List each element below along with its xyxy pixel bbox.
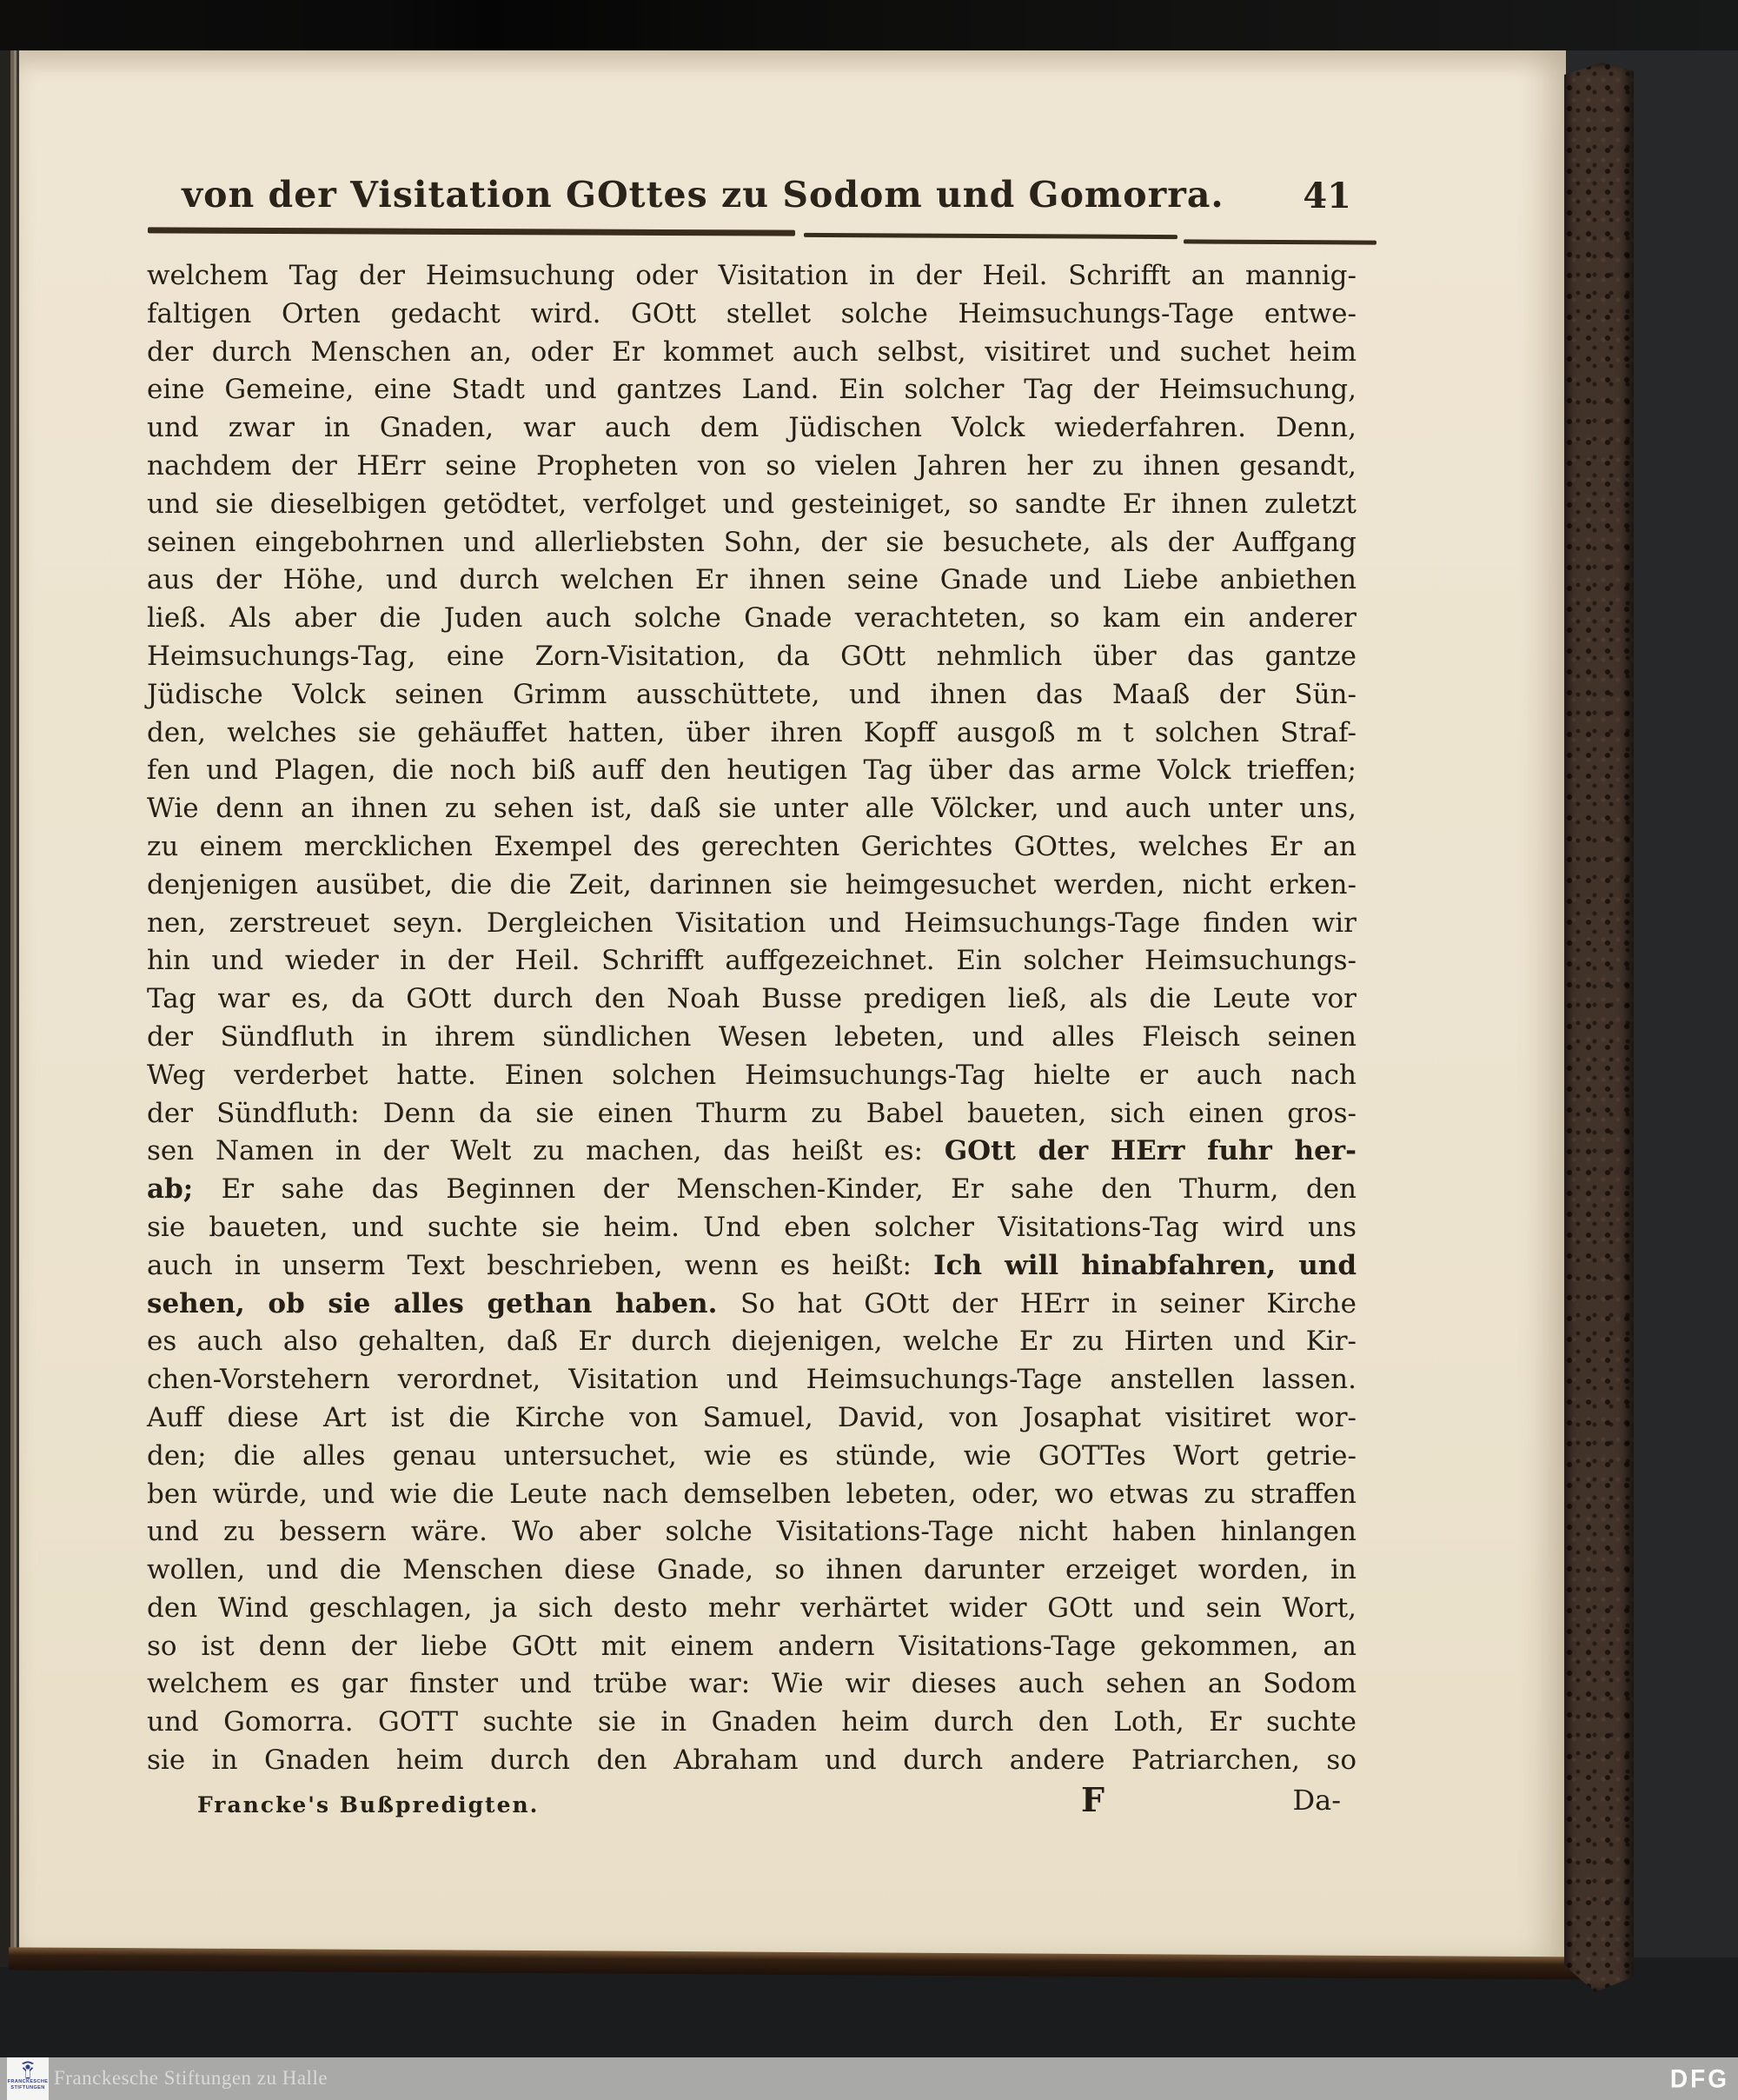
book-cover-leather-edge [1564, 63, 1634, 1992]
header-rule-left [148, 227, 795, 236]
running-title: von der Visitation GOttes zu Sodom und G… [147, 174, 1259, 216]
text-line: ben würde, und wie die Leute nach demsel… [147, 1476, 1357, 1514]
text-line: nen, zerstreuet seyn. Dergleichen Visita… [147, 905, 1357, 943]
header-rule-middle [804, 233, 1177, 239]
page-number: 41 [1303, 176, 1351, 216]
text-line: auch in unserm Text beschrieben, wenn es… [147, 1247, 1357, 1286]
body-text: welchem Tag der Heimsuchung oder Visitat… [147, 257, 1357, 1780]
text-line: und zwar in Gnaden, war auch dem Jüdisch… [147, 409, 1357, 448]
text-line: und Gomorra. GOTT suchte sie in Gnaden h… [147, 1704, 1357, 1742]
gathering-mark: F [1081, 1780, 1104, 1819]
header-rule-right [1184, 239, 1376, 244]
text-line: es auch also gehalten, daß Er durch diej… [147, 1323, 1357, 1361]
text-line: ab; Er sahe das Beginnen der Menschen-Ki… [147, 1171, 1357, 1209]
text-line: seinen eingebohrnen und allerliebsten So… [147, 524, 1357, 562]
text-line: eine Gemeine, eine Stadt und gantzes Lan… [147, 371, 1357, 409]
text-line: den Wind geschlagen, ja sich desto mehr … [147, 1590, 1357, 1628]
text-line: nachdem der HErr seine Propheten von so … [147, 448, 1357, 486]
text-line: sie baueten, und suchte sie heim. Und eb… [147, 1209, 1357, 1247]
running-header: von der Visitation GOttes zu Sodom und G… [147, 174, 1363, 226]
francke-figure-icon [20, 2060, 36, 2079]
text-line: sehen, ob sie alles gethan haben. So hat… [147, 1286, 1357, 1324]
page-footer: Francke's Bußpredigten. F Da- [147, 1780, 1357, 1824]
text-line: welchem Tag der Heimsuchung oder Visitat… [147, 257, 1357, 296]
text-line: der Sündfluth: Denn da sie einen Thurm z… [147, 1095, 1357, 1133]
text-line: der durch Menschen an, oder Er kommet au… [147, 334, 1357, 372]
text-line: aus der Höhe, und durch welchen Er ihnen… [147, 562, 1357, 600]
franckesche-stiftungen-logo: FRANCKESCHE STIFTUNGEN [7, 2057, 49, 2100]
text-line: Auff diese Art ist die Kirche von Samuel… [147, 1399, 1357, 1438]
text-line: hin und wieder in der Heil. Schrifft auf… [147, 942, 1357, 980]
library-viewer-bar: FRANCKESCHE STIFTUNGEN Franckesche Stift… [0, 2057, 1738, 2100]
text-line: Tag war es, da GOtt durch den Noah Busse… [147, 980, 1357, 1019]
text-line: sie in Gnaden heim durch den Abraham und… [147, 1742, 1357, 1780]
text-line: Heimsuchungs-Tag, eine Zorn-Visitation, … [147, 638, 1357, 676]
text-line: den; die alles genau untersuchet, wie es… [147, 1438, 1357, 1476]
text-line: Weg verderbet hatte. Einen solchen Heims… [147, 1057, 1357, 1095]
text-line: zu einem mercklichen Exempel des gerecht… [147, 828, 1357, 867]
institution-name: Franckesche Stiftungen zu Halle [54, 2067, 328, 2090]
logo-caption-line2: STIFTUNGEN [10, 2085, 44, 2091]
catchword: Da- [1292, 1784, 1341, 1817]
text-line: und zu bessern wäre. Wo aber solche Visi… [147, 1513, 1357, 1552]
book-page: von der Visitation GOttes zu Sodom und G… [19, 50, 1566, 1959]
scan-top-shadow [0, 0, 1738, 50]
text-line: wollen, und die Menschen diese Gnade, so… [147, 1552, 1357, 1590]
text-line: den, welches sie gehäuffet hatten, über … [147, 714, 1357, 753]
text-line: fen und Plagen, die noch biß auff den he… [147, 752, 1357, 790]
scanned-book-page-view: von der Visitation GOttes zu Sodom und G… [0, 0, 1738, 2100]
series-signature: Francke's Bußpredigten. [197, 1792, 539, 1818]
text-line: sen Namen in der Welt zu machen, das hei… [147, 1133, 1357, 1171]
text-line: der Sündfluth in ihrem sündlichen Wesen … [147, 1019, 1357, 1057]
page-left-edge [0, 50, 19, 1967]
text-line: Wie denn an ihnen zu sehen ist, daß sie … [147, 790, 1357, 828]
text-line: so ist denn der liebe GOtt mit einem and… [147, 1628, 1357, 1666]
text-line: chen-Vorstehern verordnet, Visitation un… [147, 1361, 1357, 1399]
text-line: Jüdische Volck seinen Grimm ausschüttete… [147, 676, 1357, 714]
text-line: welchem es gar finster und trübe war: Wi… [147, 1665, 1357, 1704]
text-line: denjenigen ausübet, die die Zeit, darinn… [147, 867, 1357, 905]
dfg-logo: DFG [1670, 2064, 1729, 2094]
text-line: und sie dieselbigen getödtet, verfolget … [147, 486, 1357, 524]
text-line: ließ. Als aber die Juden auch solche Gna… [147, 600, 1357, 638]
text-line: faltigen Orten gedacht wird. GOtt stelle… [147, 296, 1357, 334]
